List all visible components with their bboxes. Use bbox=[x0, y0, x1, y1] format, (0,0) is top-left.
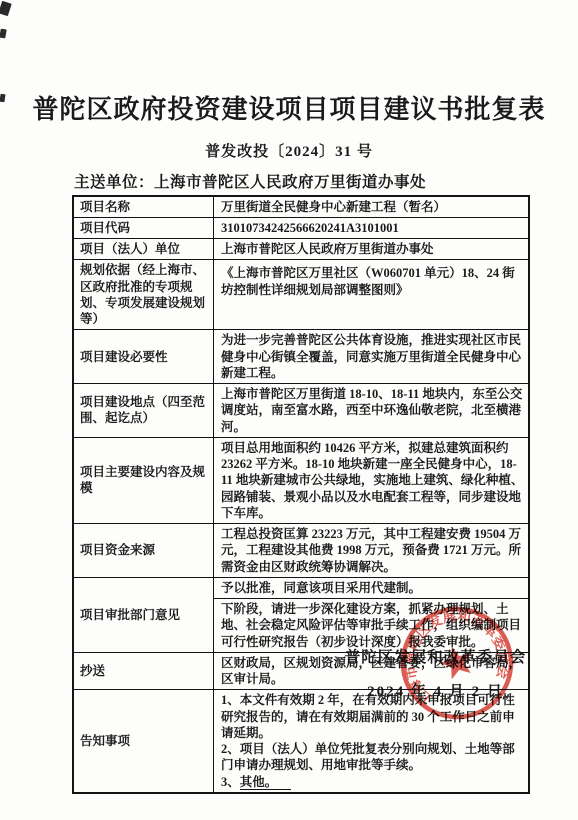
row-value: 万里街道全民健身中心新建工程（暂名） bbox=[214, 197, 528, 217]
document-number: 普发改投〔2024〕31 号 bbox=[0, 140, 578, 161]
table-row-scope: 项目主要建设内容及规模 项目总用地面积约 10426 平方米，拟建总建筑面积约 … bbox=[74, 437, 528, 523]
table-row-necessity: 项目建设必要性 为进一步完善普陀区公共体育设施，推进实现社区市民健身中心街镇全覆… bbox=[74, 329, 528, 383]
table-row-funding: 项目资金来源 工程总投资匡算 23223 万元，其中工程建安费 19504 万元… bbox=[74, 523, 528, 577]
row-label: 项目资金来源 bbox=[74, 524, 214, 577]
row-label: 项目建设地点（四至范围、起讫点） bbox=[74, 384, 214, 437]
notices-value: 1、本文件有效期 2 年，在有效期内未申报项目可行性研究报告的，请在有效期届满前… bbox=[214, 690, 528, 792]
approval-opinion-cells: 予以批准，同意该项目采用代建制。 下阶段，请进一步深化建设方案，抓紧办理规划、土… bbox=[214, 578, 528, 652]
row-label: 抄送 bbox=[74, 653, 214, 690]
table-row-notices: 告知事项 1、本文件有效期 2 年，在有效期内未申报项目可行性研究报告的，请在有… bbox=[74, 689, 528, 792]
row-value: 《上海市普陀区万里社区（W060701 单元）18、24 街坊控制性详细规划局部… bbox=[214, 260, 528, 329]
notice-item-other: 3、其他。 bbox=[221, 774, 524, 790]
row-label: 项目建设必要性 bbox=[74, 330, 214, 383]
row-label: 项目（法人）单位 bbox=[74, 239, 214, 259]
row-value: 上海市普陀区人民政府万里街道办事处 bbox=[214, 239, 528, 259]
row-value: 项目总用地面积约 10426 平方米，拟建总建筑面积约 23262 平方米。18… bbox=[214, 438, 528, 523]
row-label: 规划依据（经上海市、区政府批准的专项规划、专项发展建设规划等） bbox=[74, 260, 214, 329]
table-row-location: 项目建设地点（四至范围、起讫点） 上海市普陀区万里街道 18-10、18-11 … bbox=[74, 383, 528, 437]
approval-decision: 予以批准，同意该项目采用代建制。 bbox=[214, 578, 528, 599]
table-row-project-code: 项目代码 31010734242566620241A3101001 bbox=[74, 217, 528, 238]
table-row-legal-entity: 项目（法人）单位 上海市普陀区人民政府万里街道办事处 bbox=[74, 238, 528, 259]
table-row-project-name: 项目名称 万里街道全民健身中心新建工程（暂名） bbox=[74, 197, 528, 217]
row-value: 工程总投资匡算 23223 万元，其中工程建安费 19504 万元，工程建设其他… bbox=[214, 524, 528, 577]
document-page: 普陀区政府投资建设项目项目建议书批复表 普发改投〔2024〕31 号 主送单位：… bbox=[0, 0, 578, 820]
document-title: 普陀区政府投资建设项目项目建议书批复表 bbox=[0, 0, 578, 125]
notice-item: 2、项目（法人）单位凭批复表分别向规划、土地等部门申请办理规划、用地审批等手续。 bbox=[221, 741, 524, 774]
issuing-authority: 普陀区发展和改革委员会 bbox=[318, 645, 553, 667]
row-label: 项目代码 bbox=[74, 218, 214, 238]
approval-followup: 下阶段，请进一步深化建设方案，抓紧办理规划、土地、社会稳定风险评估等审批手续工作… bbox=[214, 599, 528, 652]
signature-date: 2024 年 4 月 2 日 bbox=[318, 680, 553, 701]
notice-item-prefix: 3、 bbox=[221, 775, 240, 789]
row-label: 告知事项 bbox=[74, 690, 214, 792]
row-label: 项目审批部门意见 bbox=[74, 578, 214, 652]
row-value: 31010734242566620241A3101001 bbox=[214, 218, 528, 238]
recipient-line: 主送单位：上海市普陀区人民政府万里街道办事处 bbox=[74, 170, 578, 192]
row-label: 项目名称 bbox=[74, 197, 214, 217]
signature-block: 普陀区发展和改革委员会 2024 年 4 月 2 日 bbox=[318, 645, 553, 701]
row-value: 上海市普陀区万里街道 18-10、18-11 地块内，东至公交调度站，南至富水路… bbox=[214, 384, 528, 437]
row-value: 为进一步完善普陀区公共体育设施，推进实现社区市民健身中心街镇全覆盖，同意实施万里… bbox=[214, 330, 528, 383]
table-row-planning-basis: 规划依据（经上海市、区政府批准的专项规划、专项发展建设规划等） 《上海市普陀区万… bbox=[74, 259, 528, 329]
table-row-approval-opinion: 项目审批部门意见 予以批准，同意该项目采用代建制。 下阶段，请进一步深化建设方案… bbox=[74, 577, 528, 652]
approval-form-table: 项目名称 万里街道全民健身中心新建工程（暂名） 项目代码 31010734242… bbox=[72, 195, 530, 794]
notice-item-underlined: 其他。 bbox=[240, 775, 292, 790]
row-label: 项目主要建设内容及规模 bbox=[74, 438, 214, 523]
